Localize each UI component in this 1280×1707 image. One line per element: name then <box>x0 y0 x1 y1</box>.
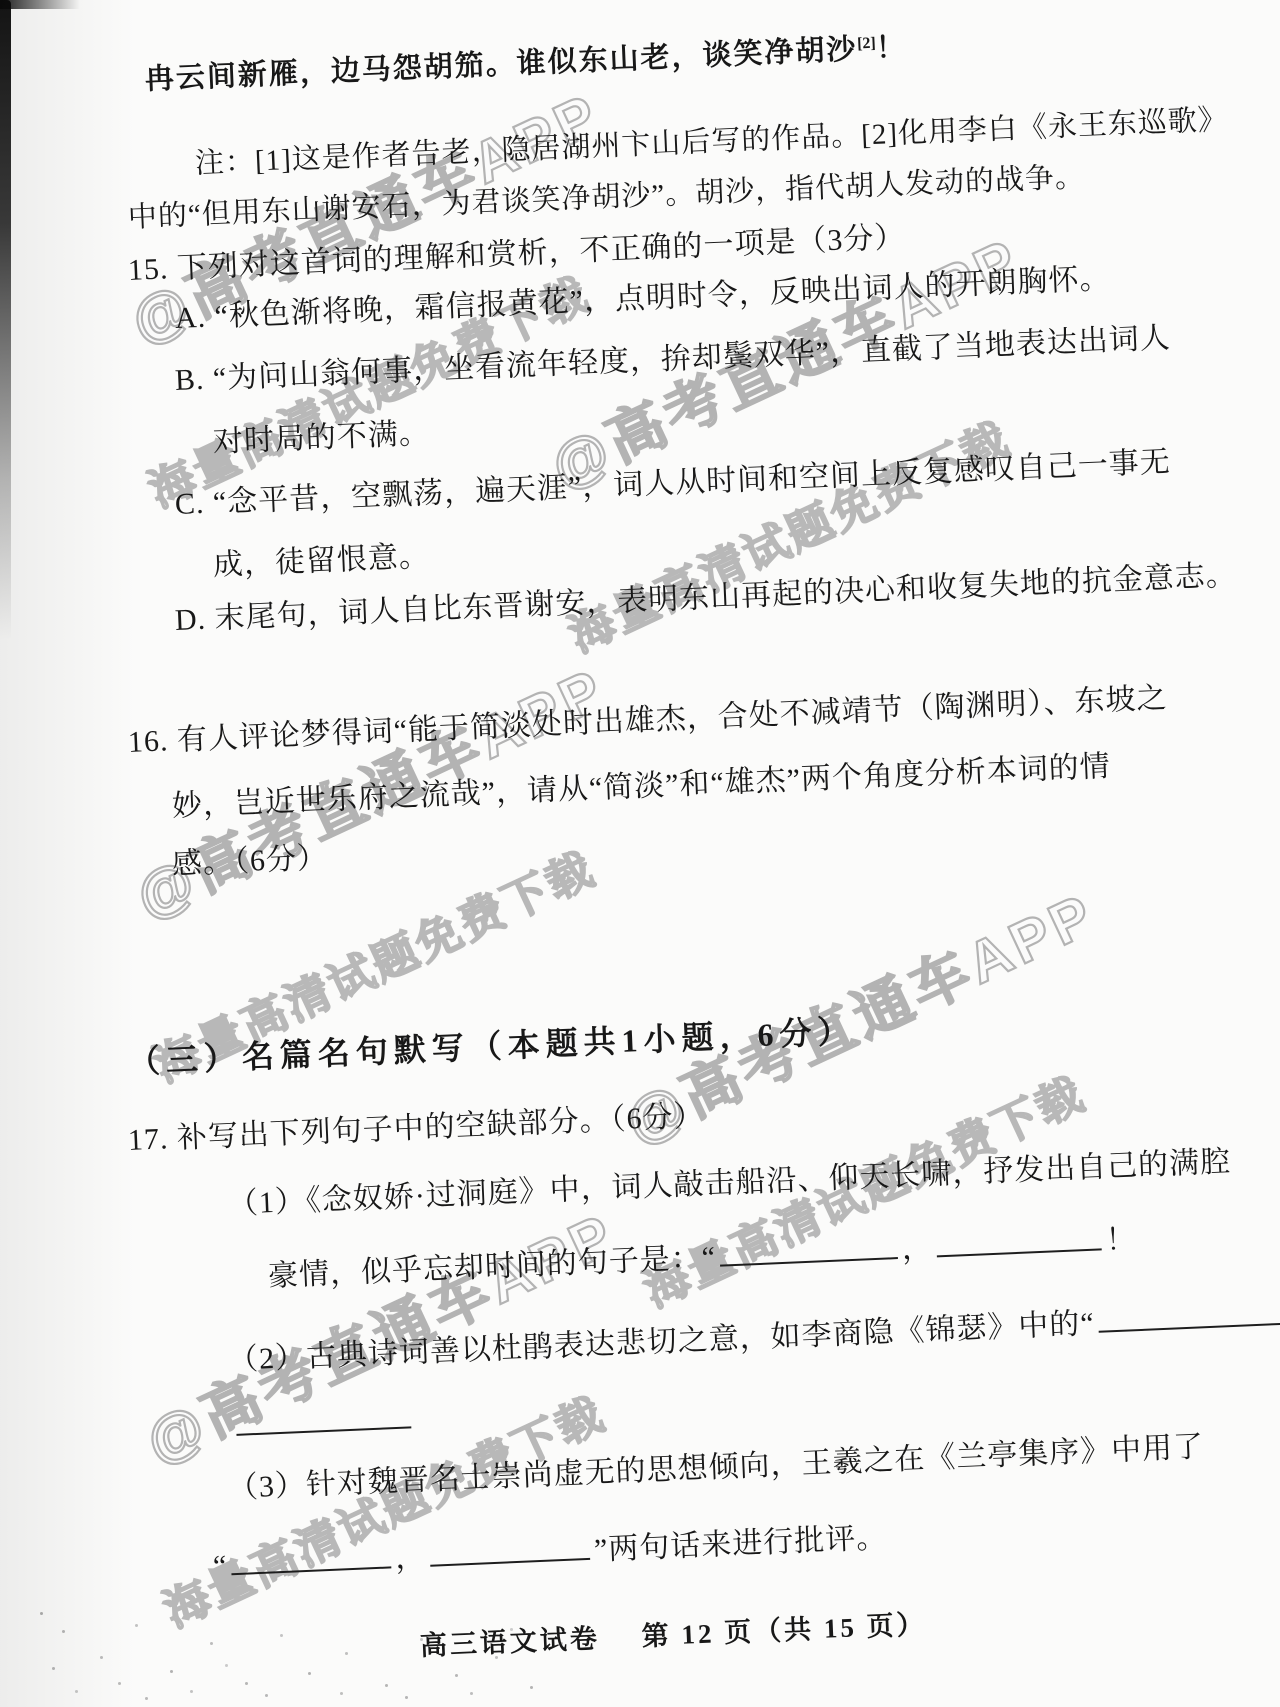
q17-item1-line1: （1）《念奴娇·过洞庭》中，词人敲击船沿、仰天长啸，抒发出自己的满腔 <box>227 1143 1232 1223</box>
q17-stem: 17. 补写出下列句子中的空缺部分。（6分） <box>127 1097 705 1159</box>
poem-note-ref: [2] <box>857 35 876 53</box>
footer-paper-title: 高三语文试卷 <box>419 1623 600 1661</box>
q17-item1-line2: 豪情，似乎忘却时间的句子是：“，！ <box>267 1215 1137 1296</box>
q17-item3-separator: ， <box>395 1541 427 1575</box>
q17-item1-line2-prefix: 豪情，似乎忘却时间的句子是：“ <box>267 1241 716 1293</box>
q16-line1: 16. 有人评论梦得词“能于简淡处时出雄杰，合处不减靖节（陶渊明）、东坡之 <box>127 680 1168 762</box>
footer-gap <box>600 1646 642 1648</box>
scan-top-edge-shadow <box>0 0 80 9</box>
poem-text: 冉云间新雁，边马怨胡笳。谁似东山老，谈笑净胡沙 <box>144 34 858 96</box>
q17-item2-line1-prefix: （2）古典诗词善以杜鹃表达悲切之意，如李商隐《锦瑟》中的“ <box>227 1307 1095 1377</box>
q15-option-b-line1: B. “为问山翁何事，坐看流年轻度，拚却鬓双华”，直截了当地表达出词人 <box>174 319 1171 399</box>
answer-blank-1 <box>719 1225 898 1267</box>
scan-left-edge-shadow <box>0 0 11 640</box>
q17-item1-tail: ！ <box>1105 1223 1137 1257</box>
page-footer: 高三语文试卷第 12 页（共 15 页） <box>419 1608 927 1663</box>
answer-blank-4 <box>235 1394 411 1435</box>
answer-blank-3 <box>1098 1289 1280 1333</box>
q17-item3-line1: （3）针对魏晋名士崇尚虚无的思想倾向，王羲之在《兰亭集序》中用了 <box>227 1428 1205 1507</box>
scan-noise-speckles <box>40 1612 43 1615</box>
q15-option-b-line2: 对时局的不满。 <box>212 415 430 462</box>
q17-item3-line2-open: “ <box>212 1549 228 1583</box>
q16-line3: 感。（6分） <box>171 839 328 883</box>
answer-blank-2 <box>936 1216 1102 1257</box>
q17-item1-separator: ， <box>901 1232 933 1266</box>
answer-blank-5 <box>230 1534 391 1575</box>
q17-item3-line2: “，”两句话来进行批评。 <box>212 1513 888 1585</box>
q17-item3-line2-tail: ”两句话来进行批评。 <box>593 1521 887 1567</box>
scan-left-tint <box>0 0 135 1707</box>
q16-line2: 妙，岂近世乐府之流哉”，请从“简淡”和“雄杰”两个角度分析本词的情 <box>171 748 1111 826</box>
q17-item2-line1: （2）古典诗词善以杜鹃表达悲切之意，如李商隐《锦瑟》中的“， <box>227 1288 1280 1380</box>
q17-item2-line2 <box>231 1394 416 1445</box>
watermark-slogan: 海量高清试题免费下载 <box>560 375 1096 665</box>
section-heading: （三）名篇名句默写（本题共1小题，6分） <box>127 1011 856 1082</box>
answer-blank-6 <box>429 1526 590 1567</box>
scanned-exam-page: @高考直通车APP 海量高清试题免费下载 @高考直通车APP 海量高清试题免费下… <box>0 0 1280 1707</box>
poem-tail: ！ <box>875 31 907 64</box>
q15-option-c-line2: 成，徒留恨意。 <box>212 538 430 585</box>
poem-line: 冉云间新雁，边马怨胡笳。谁似东山老，谈笑净胡沙[2]！ <box>144 29 908 98</box>
footer-page-number: 第 12 页（共 15 页） <box>641 1609 927 1651</box>
